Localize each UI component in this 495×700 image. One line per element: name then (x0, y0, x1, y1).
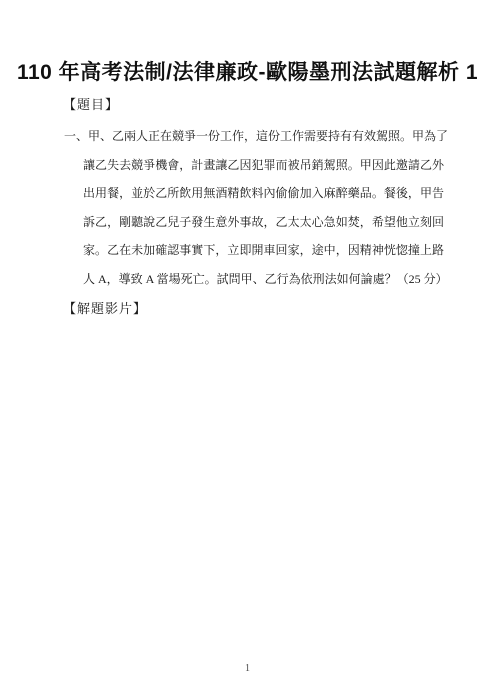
document-page: 110 年高考法制/法律廉政-歐陽墨刑法試題解析 1 【題目】 一、甲、乙兩人正… (0, 0, 495, 700)
question-line-4: 訴乙，剛聽說乙兒子發生意外事故，乙太太心急如焚，希望他立刻回 (64, 208, 444, 237)
page-number: 1 (0, 662, 495, 676)
question-line-2: 讓乙失去競爭機會，計畫讓乙因犯罪而被吊銷駕照。甲因此邀請乙外 (64, 151, 444, 180)
question-line-1: 一、甲、乙兩人正在競爭一份工作，這份工作需要持有有效駕照。甲為了 (64, 122, 444, 151)
question-line-3: 出用餐，並於乙所飲用無酒精飲料內偷偷加入麻醉藥品。餐後，甲告 (64, 179, 444, 208)
question-text: 一、甲、乙兩人正在競爭一份工作，這份工作需要持有有效駕照。甲為了 讓乙失去競爭機… (64, 122, 444, 293)
question-section-label: 【題目】 (63, 97, 119, 113)
question-line-6: 人 A，導致 A 當場死亡。試問甲、乙行為依刑法如何論處？（25 分） (64, 265, 444, 294)
video-section-label: 【解題影片】 (63, 301, 147, 317)
question-line-5: 家。乙在未加確認事實下，立即開車回家，途中，因精神恍惚撞上路 (64, 236, 444, 265)
document-title: 110 年高考法制/法律廉政-歐陽墨刑法試題解析 1 (0, 59, 495, 87)
